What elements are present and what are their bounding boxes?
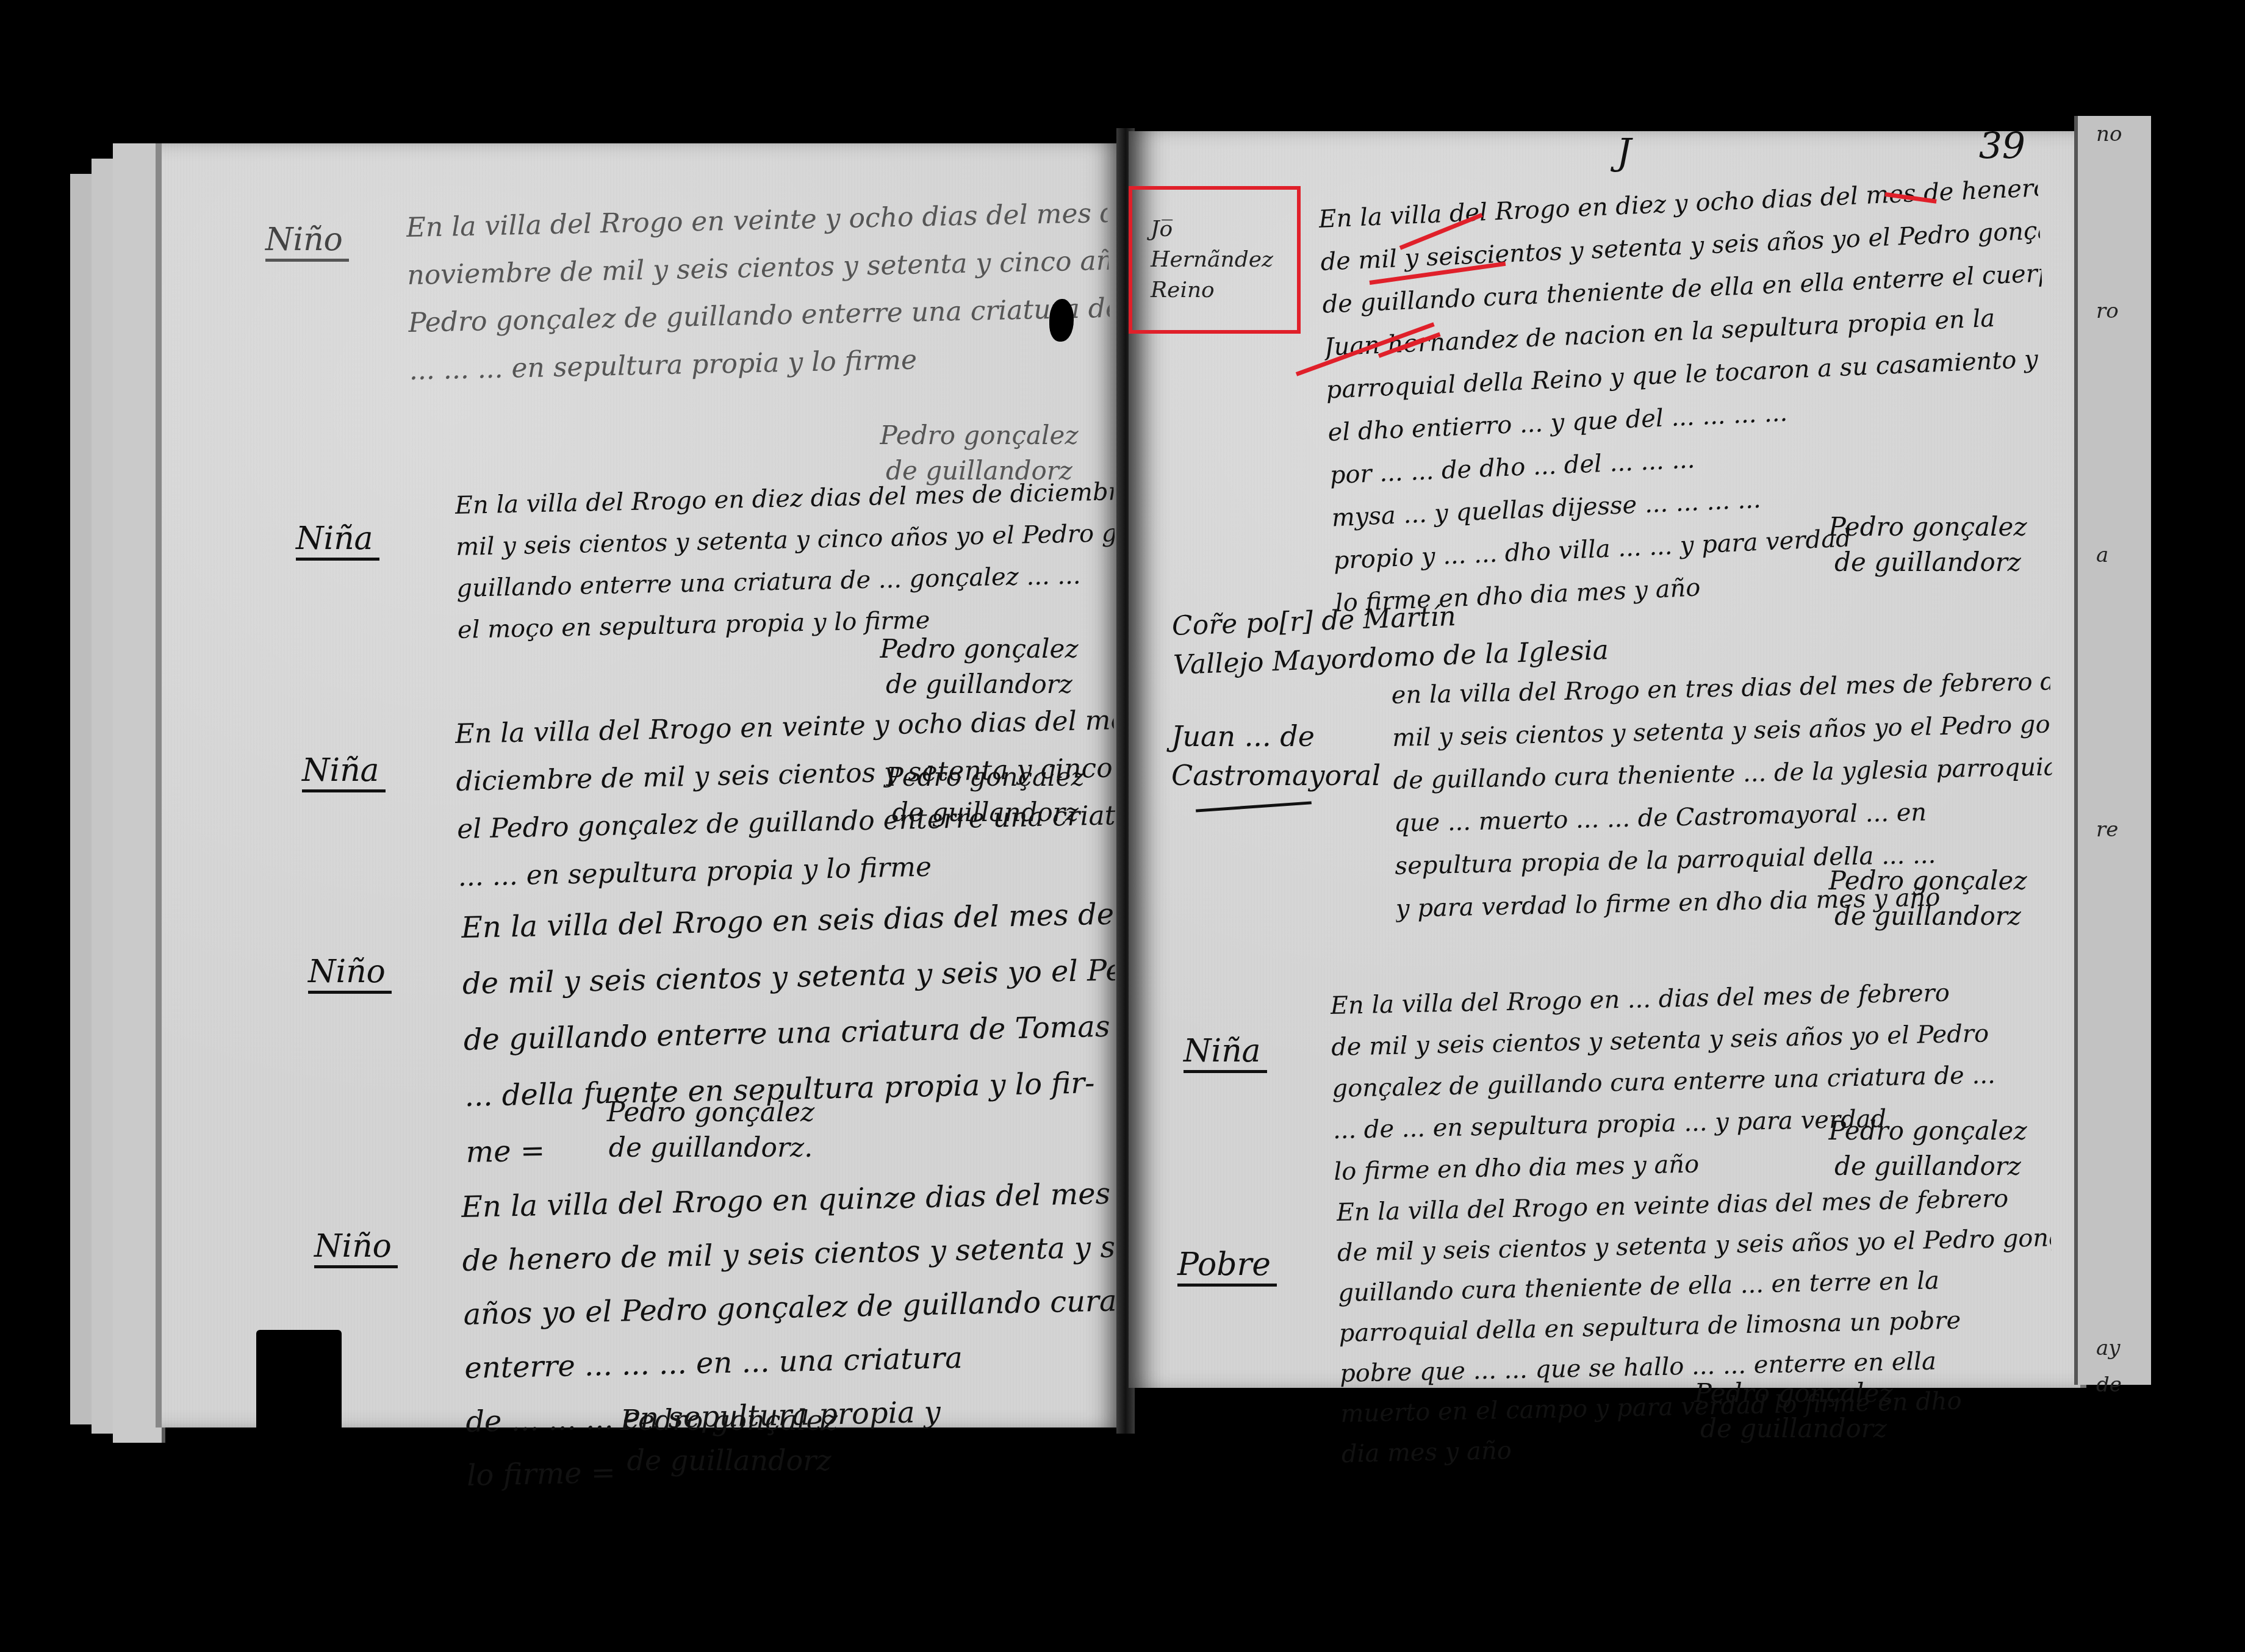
signature: Pedro gonçalez de guillandorz [1800, 509, 2056, 580]
right-page: J 39 Jo̅ Hernãndez Reino En la villa del… [1129, 131, 2086, 1388]
margin-label: Niña [302, 753, 386, 792]
signature: Pedro gonçalez de guillandorz [857, 631, 1101, 702]
margin-label: Juan ... de Castromayoral [1171, 717, 1373, 796]
book-spread: Niño En la villa del Rrogo en veinte y o… [0, 0, 2245, 1652]
entry-text: En la villa del Rrogo en diez dias del m… [454, 471, 1116, 651]
left-page: Niño En la villa del Rrogo en veinte y o… [156, 143, 1126, 1428]
signature: Pedro gonçalez de guillandorz [589, 1400, 869, 1481]
margin-label: Niña [1184, 1034, 1267, 1073]
page-tab-notch [256, 1330, 342, 1440]
signature: Pedro gonçalez de guillandorz [863, 760, 1107, 830]
annotation-box-text: Jo̅ Hernãndez Reino [1151, 214, 1273, 306]
signature: Pedro gonçalez de guillandorz [1800, 1113, 2056, 1184]
page-number: 39 [1979, 125, 2025, 168]
margin-label: Niño [308, 955, 392, 994]
margin-label: Niño [265, 223, 349, 262]
margin-rule [1196, 801, 1312, 812]
signature: Pedro gonçalez de guillandorz [1800, 863, 2056, 934]
ink-blot [1049, 299, 1074, 342]
annotation-highlight-box: Jo̅ Hernãndez Reino [1129, 186, 1301, 334]
margin-label: Pobre [1177, 1248, 1277, 1287]
header-mark: J [1617, 131, 1631, 174]
margin-label: Niña [296, 522, 379, 561]
signature: Pedro gonçalez de guillandorz. [583, 1095, 839, 1166]
margin-label: Niño [314, 1229, 398, 1268]
entry-text: En la villa del Rrogo en veinte y ocho d… [406, 190, 1111, 395]
signature: Pedro gonçalez de guillandorz [1665, 1376, 1922, 1446]
page-stack-edge-right: no ro a re ay de [2074, 116, 2151, 1385]
